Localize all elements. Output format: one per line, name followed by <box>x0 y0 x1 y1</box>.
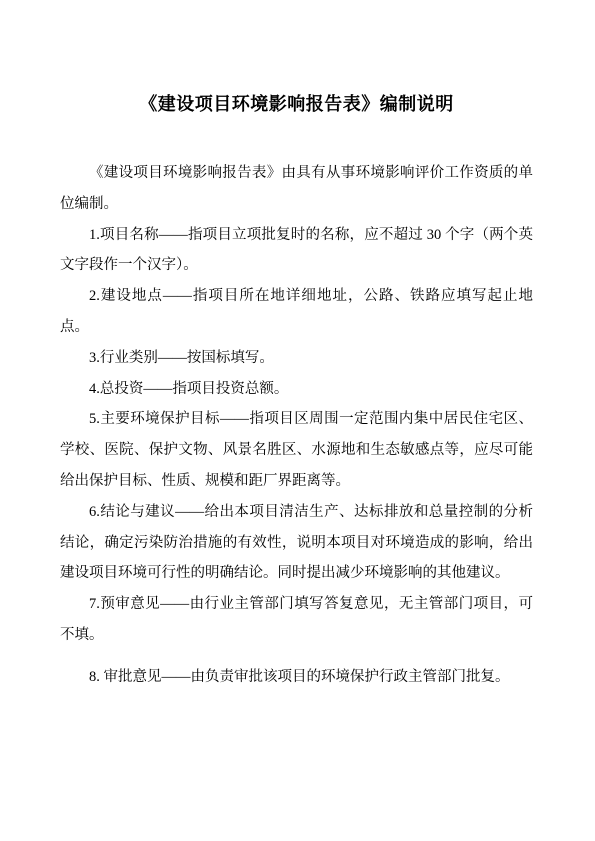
document-body: 《建设项目环境影响报告表》由具有从事环境影响评价工作资质的单位编制。 1.项目名… <box>60 158 533 693</box>
item-environmental-protection-targets: 5.主要环境保护目标——指项目区周围一定范围内集中居民住宅区、学校、医院、保护文… <box>60 404 533 496</box>
item-total-investment: 4.总投资——指项目投资总额。 <box>60 374 533 405</box>
item-industry-category: 3.行业类别——按国标填写。 <box>60 343 533 374</box>
item-project-name: 1.项目名称——指项目立项批复时的名称，应不超过 30 个字（两个英文字段作一个… <box>60 220 533 282</box>
document-title: 《建设项目环境影响报告表》编制说明 <box>60 91 533 117</box>
item-conclusions-suggestions: 6.结论与建议——给出本项目清洁生产、达标排放和总量控制的分析结论，确定污染防治… <box>60 497 533 589</box>
item-approval-opinion: 8. 审批意见——由负责审批该项目的环境保护行政主管部门批复。 <box>60 662 533 693</box>
document-page: 《建设项目环境影响报告表》编制说明 《建设项目环境影响报告表》由具有从事环境影响… <box>0 0 595 841</box>
intro-paragraph: 《建设项目环境影响报告表》由具有从事环境影响评价工作资质的单位编制。 <box>60 158 533 220</box>
item-preliminary-review-opinion: 7.预审意见——由行业主管部门填写答复意见，无主管部门项目，可不填。 <box>60 589 533 651</box>
item-construction-site: 2.建设地点——指项目所在地详细地址，公路、铁路应填写起止地点。 <box>60 281 533 343</box>
